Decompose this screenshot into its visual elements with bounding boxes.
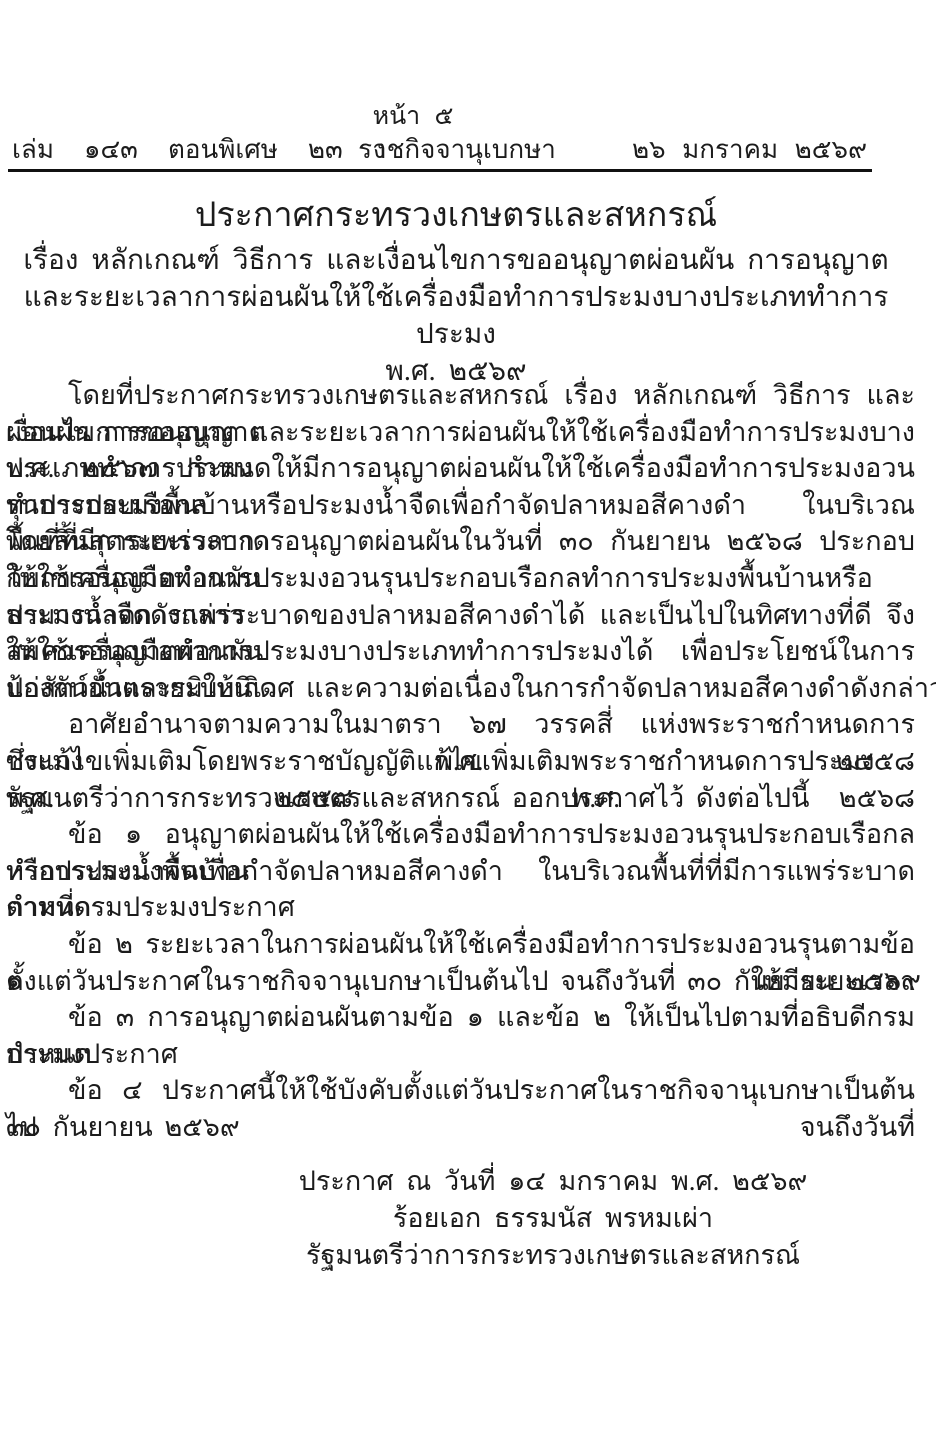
body-line: พ.ศ. ๒๕๖๗ กำหนดให้มีการอนุญาตผ่อนผันให้ใ… bbox=[6, 450, 915, 487]
header-divider-rule bbox=[8, 169, 872, 172]
volume-issue-group: เล่ม ๑๔๓ ตอนพิเศษ ๒๓ ง bbox=[12, 133, 386, 167]
page-number: หน้า ๕ bbox=[313, 101, 513, 133]
body-line: แก่สัตว์น้ำและระบบนิเวศ และความต่อเนื่อง… bbox=[6, 670, 915, 707]
announcement-title-block: ประกาศกระทรวงเกษตรและสหกรณ์ เรื่อง หลักเ… bbox=[0, 190, 912, 390]
signature-date-line: ประกาศ ณ วันที่ ๑๔ มกราคม พ.ศ. ๒๕๖๙ bbox=[203, 1163, 903, 1200]
body-line: ให้ใช้เครื่องมือทำการประมงบางประเภททำการ… bbox=[6, 633, 915, 670]
body-line: โดยสิ้นสุดระยะเวลาการอนุญาตผ่อนผันในวันท… bbox=[6, 523, 915, 560]
volume-number: ๑๔๓ bbox=[84, 133, 138, 167]
announcement-subject-line2: และระยะเวลาการผ่อนผันให้ใช้เครื่องมือทำก… bbox=[0, 279, 912, 353]
announcement-subject-line1: เรื่อง หลักเกณฑ์ วิธีการ และเงื่อนไขการข… bbox=[0, 242, 912, 279]
body-line: สามารถลดการแพร่ระบาดของปลาหมอสีคางดำได้ … bbox=[6, 597, 915, 634]
body-line: โดยที่ประกาศกระทรวงเกษตรและสหกรณ์ เรื่อง… bbox=[6, 377, 915, 414]
body-line: ให้ใช้เครื่องมือทำการประมงอวนรุนประกอบเร… bbox=[6, 560, 915, 597]
announcement-body: โดยที่ประกาศกระทรวงเกษตรและสหกรณ์ เรื่อง… bbox=[6, 377, 915, 1145]
body-line: ข้อ ๑ อนุญาตผ่อนผันให้ใช้เครื่องมือทำการ… bbox=[6, 816, 915, 853]
signature-name: ร้อยเอก ธรรมนัส พรหมเผ่า bbox=[203, 1200, 903, 1237]
signature-position: รัฐมนตรีว่าการกระทรวงเกษตรและสหกรณ์ bbox=[203, 1237, 903, 1274]
announcement-title: ประกาศกระทรวงเกษตรและสหกรณ์ bbox=[0, 190, 912, 242]
gazette-date: ๒๖ มกราคม ๒๕๖๙ bbox=[617, 133, 867, 167]
body-line: ข้อ ๒ ระยะเวลาในการผ่อนผันให้ใช้เครื่องม… bbox=[6, 926, 915, 963]
signature-block: ประกาศ ณ วันที่ ๑๔ มกราคม พ.ศ. ๒๕๖๙ ร้อย… bbox=[203, 1163, 903, 1274]
issue-label: ตอนพิเศษ bbox=[168, 133, 278, 167]
body-line: ผ่อนผัน การอนุญาต และระยะเวลาการผ่อนผันใ… bbox=[6, 414, 915, 451]
body-line: ข้อ ๓ การอนุญาตผ่อนผันตามข้อ ๑ และข้อ ๒ … bbox=[6, 999, 915, 1036]
body-line: ตั้งแต่วันประกาศในราชกิจจานุเบกษาเป็นต้น… bbox=[6, 963, 915, 1000]
body-line: อาศัยอำนาจตามความในมาตรา ๖๗ วรรคสี่ แห่ง… bbox=[6, 706, 915, 743]
issue-number: ๒๓ bbox=[308, 133, 343, 167]
gazette-name: ราชกิจจานุเบกษา bbox=[357, 133, 557, 167]
gazette-header-row: เล่ม ๑๔๓ ตอนพิเศษ ๒๓ ง ราชกิจจานุเบกษา ๒… bbox=[0, 133, 936, 169]
body-line: หรือประมงน้ำจืดเพื่อกำจัดปลาหมอสีคางดำ ใ… bbox=[6, 853, 915, 890]
body-line: ข้อ ๔ ประกาศนี้ให้ใช้บังคับตั้งแต่วันประ… bbox=[6, 1072, 915, 1109]
volume-label: เล่ม bbox=[12, 133, 54, 167]
body-line: ซึ่งแก้ไขเพิ่มเติมโดยพระราชบัญญัติแก้ไขเ… bbox=[6, 743, 915, 780]
body-line: รัฐมนตรีว่าการกระทรวงเกษตรและสหกรณ์ ออกป… bbox=[6, 780, 915, 817]
gazette-page: หน้า ๕ เล่ม ๑๔๓ ตอนพิเศษ ๒๓ ง ราชกิจจานุ… bbox=[0, 0, 936, 1440]
body-line: ทำการประมงพื้นบ้านหรือประมงน้ำจืดเพื่อกำ… bbox=[6, 487, 915, 524]
